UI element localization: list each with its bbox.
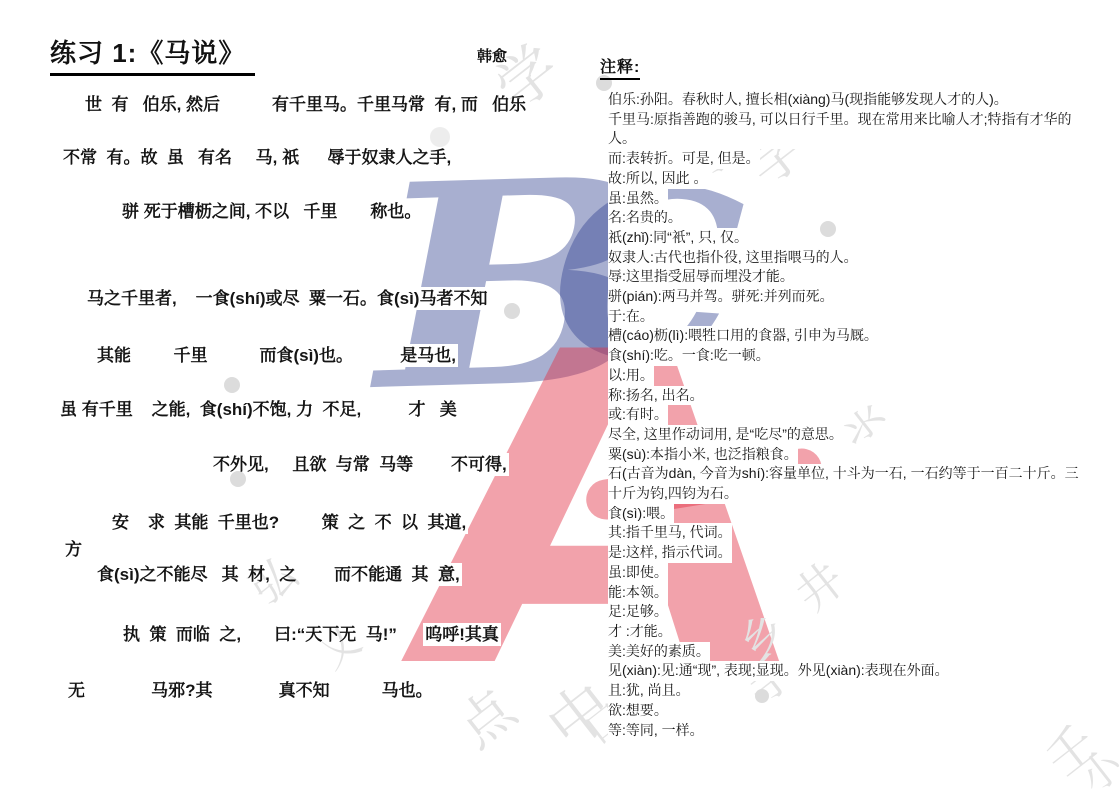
annotation-item: 槽(cáo)枥(lì):喂牲口用的食器, 引申为马厩。 xyxy=(608,326,878,346)
text-run-whiteback: 而不能通 其 意, xyxy=(334,565,460,584)
annotation-item: 见(xiàn):见:通“现”, 表现;显现。外见(xiàn):表现在外面。 xyxy=(608,661,949,681)
annotation-item: 粟(sù):本指小米, 也泛指粮食。 xyxy=(608,445,798,465)
annotation-item: 足:足够。 xyxy=(608,602,668,622)
text-run: 不外见, 且欲 与常 马等 xyxy=(213,455,451,474)
annotation-item: 尽全, 这里作动词用, 是“吃尽”的意思。 xyxy=(608,425,843,445)
annotation-item: 其:指千里马, 代词。 xyxy=(608,523,732,543)
text-run: 执 策 而临 之, 曰:“天下无 马!” xyxy=(123,625,425,644)
text-line: 方 xyxy=(65,540,82,560)
worksheet-page: { "page": {"width": 1120, "height": 793,… xyxy=(0,0,1120,793)
text-run-whiteback: 策 之 不 以 其道, xyxy=(322,513,467,532)
author-name: 韩愈 xyxy=(477,45,507,66)
annotation-item: 伯乐:孙阳。春秋时人, 擅长相(xiàng)马(现指能够发现人才的人)。 xyxy=(608,90,1008,110)
annotation-item: 称:扬名, 出名。 xyxy=(608,386,704,406)
annotation-item: 祇(zhǐ):同“衹”, 只, 仅。 xyxy=(608,228,748,248)
text-line: 虽 有千里 之能, 食(shí)不饱, 力 不足, 才 美 xyxy=(60,400,457,420)
annotation-item: 石(古音为dàn, 今音为shí):容量单位, 十斗为一石, 一石约等于一百二十… xyxy=(608,464,1080,503)
annotation-item: 虽:虽然。 xyxy=(608,189,668,209)
text-run-whiteback: 才 美 xyxy=(409,400,457,419)
annotation-item: 食(sì):喂。 xyxy=(608,504,674,524)
text-line: 马之千里者, 一食(shí)或尽 粟一石。食(sì)马者不知 xyxy=(87,289,487,309)
annotations-heading: 注释: xyxy=(600,54,640,80)
text-run: 骈 死于槽枥之间, 不以 千里 称也。 xyxy=(122,202,421,221)
annotation-item: 且:犹, 尚且。 xyxy=(608,681,690,701)
text-run-whiteback: 是马也, xyxy=(400,346,456,365)
text-line: 不外见, 且欲 与常 马等 不可得, xyxy=(213,455,507,475)
annotation-list: 伯乐:孙阳。春秋时人, 擅长相(xiàng)马(现指能够发现人才的人)。千里马:… xyxy=(608,90,1080,740)
text-line: 骈 死于槽枥之间, 不以 千里 称也。 xyxy=(122,202,421,222)
annotation-item: 美:美好的素质。 xyxy=(608,642,710,662)
annotation-item: 能:本领。 xyxy=(608,583,668,603)
annotation-item: 骈(pián):两马并驾。骈死:并列而死。 xyxy=(608,287,834,307)
text-line: 执 策 而临 之, 曰:“天下无 马!” 呜呼!其真 xyxy=(123,625,499,645)
annotation-item: 才 :才能。 xyxy=(608,622,672,642)
page-title: 练习 1:《马说》 xyxy=(50,33,255,76)
text-run: 不常 有。故 虽 有名 马, 祇 辱于奴隶人之手, xyxy=(63,148,451,167)
text-run-whiteback: 不可得, xyxy=(451,455,507,474)
text-run-whiteback: 马也。 xyxy=(382,681,433,700)
text-run: 其能 千里 而食(sì)也。 xyxy=(97,346,400,365)
document-content: 练习 1:《马说》 韩愈 世 有 伯乐, 然后 有千里马。千里马常 有, 而 伯… xyxy=(0,0,1120,793)
annotation-item: 以:用。 xyxy=(608,366,654,386)
text-run: 马之千里者, 一食(shí)或尽 xyxy=(87,289,309,308)
text-line: 不常 有。故 虽 有名 马, 祇 辱于奴隶人之手, xyxy=(63,148,451,168)
text-line: 世 有 伯乐, 然后 有千里马。千里马常 有, 而 伯乐 xyxy=(85,95,526,115)
annotation-item: 是:这样, 指示代词。 xyxy=(608,543,732,563)
annotation-item: 虽:即使。 xyxy=(608,563,668,583)
annotation-item: 欲:想要。 xyxy=(608,701,668,721)
text-line: 其能 千里 而食(sì)也。 是马也, xyxy=(97,346,456,366)
annotation-item: 食(shí):吃。一食:吃一顿。 xyxy=(608,346,770,366)
annotation-item: 辱:这里指受屈辱而埋没才能。 xyxy=(608,267,794,287)
annotation-item: 等:等同, 一样。 xyxy=(608,721,704,741)
annotation-item: 故:所以, 因此 。 xyxy=(608,169,708,189)
text-run-whiteback: 呜呼!其真 xyxy=(425,625,499,644)
text-run: 方 xyxy=(65,540,82,559)
text-run: 世 有 伯乐, 然后 有千里马。千里马常 有, 而 伯乐 xyxy=(85,95,526,114)
text-run: 无 马邪?其 真不知 xyxy=(68,681,382,700)
annotation-item: 而:表转折。可是, 但是。 xyxy=(608,149,760,169)
annotation-item: 千里马:原指善跑的骏马, 可以日行千里。现在常用来比喻人才;特指有才华的人。 xyxy=(608,110,1080,149)
text-run: 食(sì)之不能尽 其 材, 之 xyxy=(97,565,334,584)
text-line: 安 求 其能 千里也? 策 之 不 以 其道, xyxy=(112,513,466,533)
annotation-item: 于:在。 xyxy=(608,307,654,327)
text-run: 虽 有千里 之能, 食(shí)不饱, 力 不足, xyxy=(60,400,409,419)
text-run: 安 求 其能 千里也? xyxy=(112,513,322,532)
text-line: 无 马邪?其 真不知 马也。 xyxy=(68,681,433,701)
text-line: 食(sì)之不能尽 其 材, 之 而不能通 其 意, xyxy=(97,565,460,585)
annotation-item: 或:有时。 xyxy=(608,405,668,425)
text-run-whiteback: 粟一石。食(sì)马者不知 xyxy=(309,289,488,308)
annotation-item: 名:名贵的。 xyxy=(608,208,682,228)
annotation-item: 奴隶人:古代也指仆役, 这里指喂马的人。 xyxy=(608,248,858,268)
